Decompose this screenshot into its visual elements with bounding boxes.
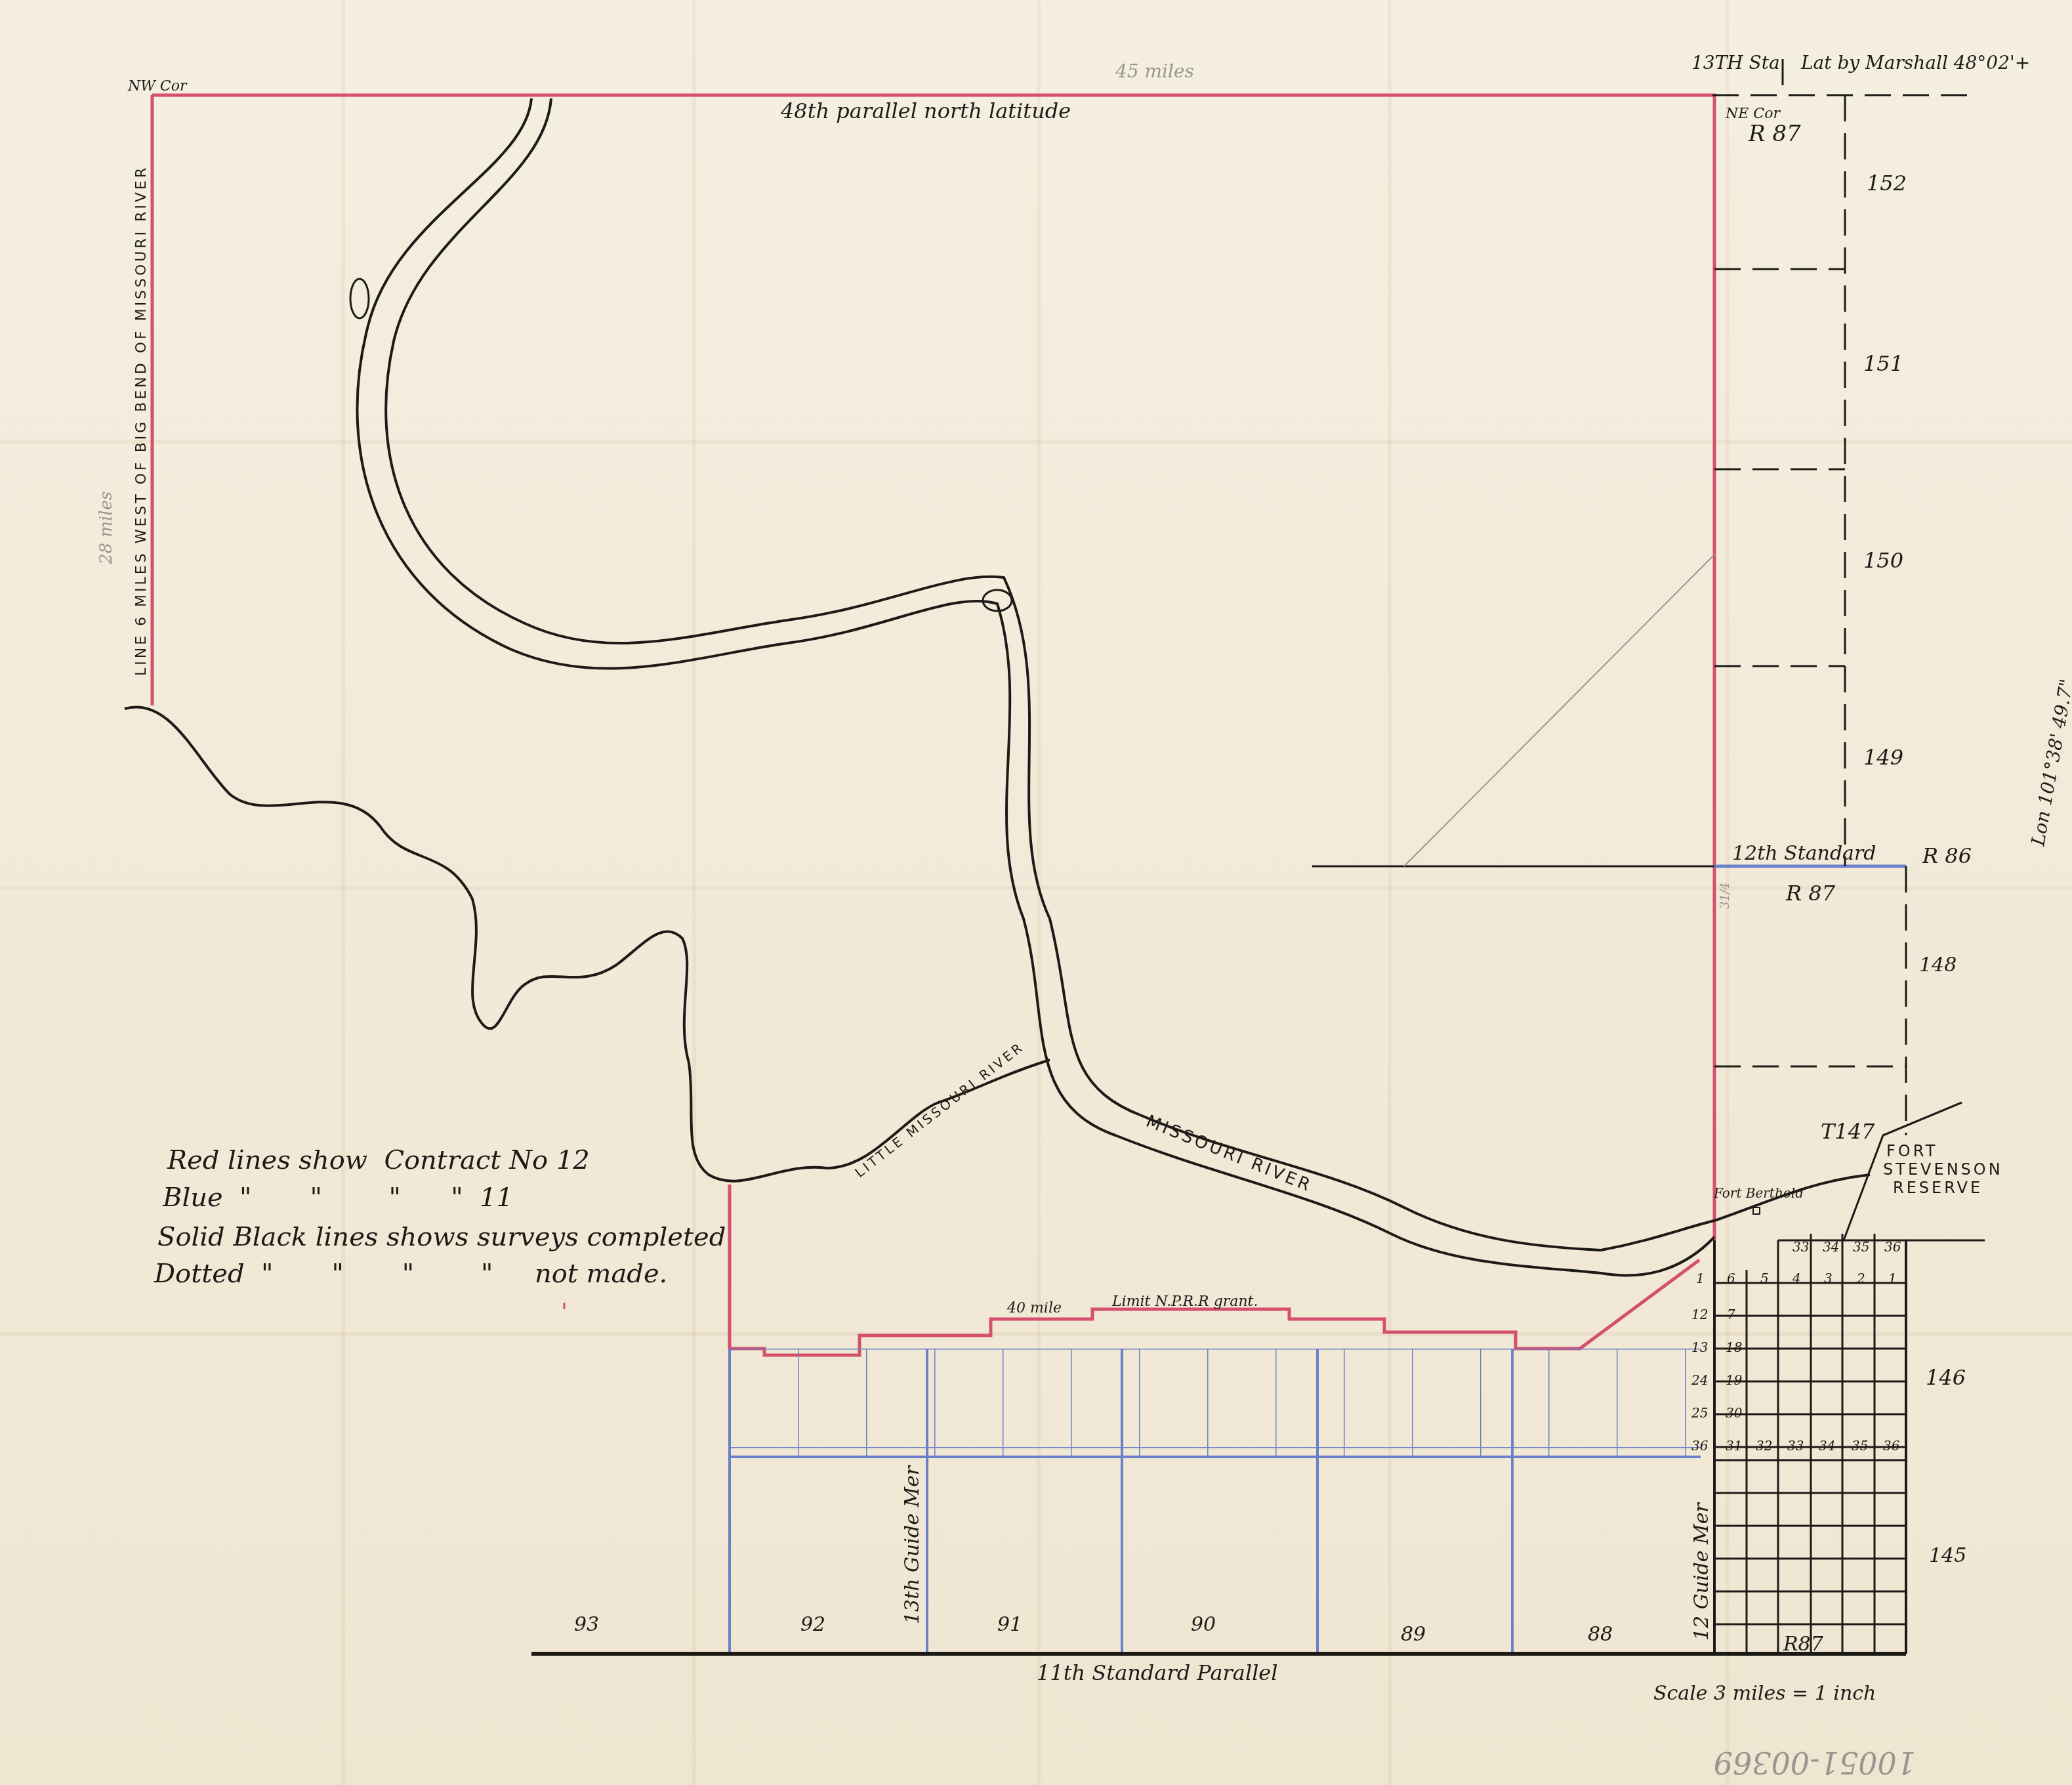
legend-dotted-lines: Dotted " " " " not made.: [154, 1259, 667, 1289]
eleventh-standard-parallel-label: 11th Standard Parallel: [1037, 1660, 1278, 1685]
svg-text:25: 25: [1691, 1405, 1708, 1421]
station-label: 13TH Sta: [1691, 52, 1780, 73]
svg-text:7: 7: [1727, 1307, 1735, 1322]
svg-text:35: 35: [1852, 1438, 1868, 1454]
range-label-r87-bottom: R87: [1783, 1633, 1824, 1656]
range-89: 89: [1401, 1623, 1426, 1646]
missouri-river: [350, 98, 1870, 1275]
west-distance-pencil: 28 miles: [96, 492, 116, 565]
legend-solid-black-lines: Solid Black lines shows surveys complete…: [157, 1222, 726, 1252]
map-drawing: NW Cor NE Cor 48th parallel north latitu…: [0, 0, 2072, 1785]
ne-corner-label: NE Cor: [1725, 106, 1781, 122]
nw-corner-label: NW Cor: [127, 78, 188, 94]
svg-text:1: 1: [1696, 1270, 1705, 1286]
fort-stevenson-line1: FORT: [1886, 1142, 1937, 1160]
svg-text:12: 12: [1691, 1307, 1708, 1322]
township-152: 152: [1867, 171, 1907, 196]
west-boundary-label: LINE 6 MILES WEST OF BIG BEND OF MISSOUR…: [133, 165, 150, 676]
fort-stevenson-line2: STEVENSON: [1883, 1160, 2003, 1179]
pencil-note-small: 31/4: [1718, 883, 1732, 909]
range-label-r86: R 86: [1922, 843, 1972, 868]
township-146: 146: [1926, 1365, 1966, 1390]
catalog-number-pencil: 10051-00369: [1714, 1745, 1916, 1780]
top-boundary-label: 48th parallel north latitude: [780, 98, 1071, 123]
svg-text:31: 31: [1726, 1438, 1742, 1454]
svg-text:36: 36: [1691, 1438, 1709, 1454]
survey-map-sheet: NW Cor NE Cor 48th parallel north latitu…: [0, 0, 2072, 1785]
fort-berthold-label: Fort Berthold: [1713, 1185, 1804, 1201]
svg-text:34: 34: [1823, 1239, 1839, 1255]
range-93: 93: [574, 1613, 599, 1636]
twelfth-guide-meridian-label: 12 Guide Mer: [1690, 1501, 1713, 1641]
latitude-note: Lat by Marshall 48°02'+: [1800, 52, 2030, 73]
little-missouri-river-label: LITTLE MISSOURI RIVER: [852, 1039, 1027, 1181]
black-survey-lines: [531, 555, 1985, 1654]
svg-text:4: 4: [1792, 1270, 1801, 1286]
svg-text:2: 2: [1856, 1270, 1865, 1286]
section-numbers: 33 34 35 36 6 5 4 3 2 1 1 12 13 24 25 36…: [1691, 1239, 1901, 1454]
svg-text:3: 3: [1824, 1270, 1833, 1286]
range-91: 91: [997, 1613, 1022, 1636]
little-missouri-river: [125, 707, 1050, 1181]
svg-text:30: 30: [1726, 1405, 1743, 1421]
range-label-r87-top: R 87: [1748, 121, 1801, 147]
grant-limit-label-b: Limit N.P.R.R grant.: [1111, 1293, 1258, 1310]
fort-stevenson-line3: RESERVE: [1893, 1179, 1983, 1197]
scale-label: Scale 3 miles = 1 inch: [1653, 1682, 1876, 1705]
twelfth-standard-label: 12th Standard: [1732, 842, 1876, 865]
svg-text:33: 33: [1792, 1239, 1809, 1255]
svg-text:36: 36: [1884, 1239, 1901, 1255]
svg-text:32: 32: [1756, 1438, 1772, 1454]
svg-text:13: 13: [1691, 1339, 1708, 1355]
svg-text:19: 19: [1726, 1372, 1743, 1388]
svg-text:36: 36: [1883, 1438, 1900, 1454]
legend-red-lines: Red lines show Contract No 12: [167, 1145, 590, 1175]
svg-text:34: 34: [1819, 1438, 1835, 1454]
township-148: 148: [1919, 954, 1957, 976]
svg-text:6: 6: [1727, 1270, 1735, 1286]
longitude-note: Lon 101°38' 49.7": [2027, 677, 2072, 848]
township-145: 145: [1929, 1544, 1966, 1567]
township-150: 150: [1863, 548, 1903, 573]
range-90: 90: [1191, 1613, 1216, 1636]
range-label-r87-mid: R 87: [1785, 881, 1836, 906]
svg-text:1: 1: [1888, 1270, 1897, 1286]
top-distance-pencil: 45 miles: [1115, 60, 1194, 82]
legend-blue-lines: Blue " " " " 11: [163, 1183, 513, 1213]
thirteenth-guide-meridian-label: 13th Guide Mer: [901, 1465, 924, 1624]
svg-text:24: 24: [1691, 1372, 1708, 1388]
township-t147: T147: [1821, 1119, 1875, 1144]
svg-text:5: 5: [1760, 1270, 1769, 1286]
svg-text:33: 33: [1787, 1438, 1804, 1454]
svg-text:18: 18: [1726, 1339, 1742, 1355]
range-92: 92: [800, 1613, 825, 1636]
grant-limit-label-a: 40 mile: [1006, 1300, 1062, 1316]
township-149: 149: [1863, 745, 1903, 770]
svg-text:35: 35: [1853, 1239, 1869, 1255]
township-151: 151: [1863, 351, 1903, 376]
fort-berthold-marker-icon: [1753, 1207, 1760, 1214]
range-88: 88: [1588, 1623, 1613, 1646]
